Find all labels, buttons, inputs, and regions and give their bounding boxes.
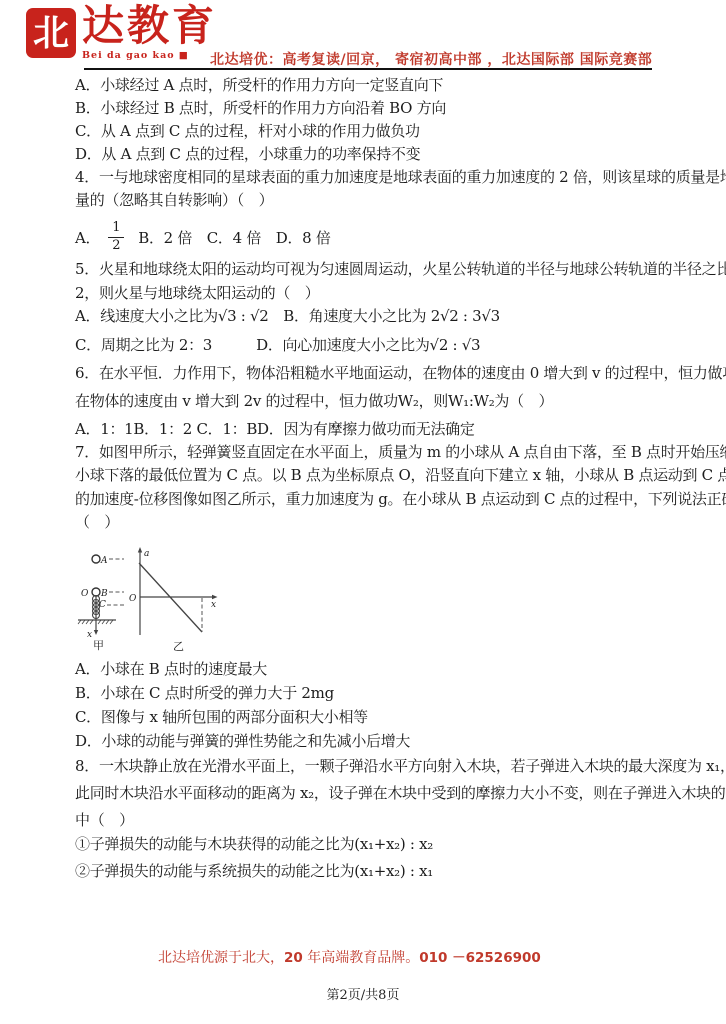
option-label: A．	[75, 227, 100, 248]
header-tagline: 北达培优：高考复读/回京， 寄宿初高中部 ，北达国际部 国际竞赛部	[210, 49, 652, 69]
label-B: B	[100, 589, 108, 599]
question-line: （ ）	[75, 514, 119, 531]
question-line: 小球下落的最低位置为 C 点。以 B 点为坐标原点 O，沿竖直向下建立 x 轴，…	[75, 467, 726, 484]
question-line: 在物体的速度由 v 增大到 2v 的过程中，恒力做功W₂，则W₁:W₂为（ ）	[75, 393, 553, 410]
label-C: C	[99, 600, 106, 610]
options-rest: B．2 倍 C．4 倍 D．8 倍	[138, 227, 330, 248]
ball-at-A	[92, 555, 100, 563]
acceleration-displacement-graph: a x O 乙	[129, 547, 218, 653]
page-number: 第2页/共8页	[0, 984, 726, 1003]
q4-options-line: A． 1 2 B．2 倍 C．4 倍 D．8 倍	[75, 220, 331, 254]
question-line: 量的（忽略其自转影响）（ ）	[75, 192, 273, 209]
option-line: A．1：1B．1：2 C．1：BD．因为有摩擦力做功而无法确定	[75, 421, 475, 438]
question-line: 7．如图甲所示，轻弹簧竖直固定在水平面上，质量为 m 的小球从 A 点自由下落，…	[75, 444, 726, 461]
option-line: A．小球经过 A 点时，所受杆的作用力方向一定竖直向下	[75, 77, 443, 94]
option-line: A．线速度大小之比为√3 : √2 B．角速度大小之比为 2√2 : 3√3	[75, 308, 500, 325]
spring-ball-diagram: A O B C x 甲	[78, 555, 124, 652]
statement-line: ①子弹损失的动能与木块获得的动能之比为(x₁+x₂) : x₂	[75, 836, 433, 853]
caption-jia: 甲	[93, 639, 104, 652]
option-line: C．从 A 点到 C 点的过程，杆对小球的作用力做负功	[75, 123, 420, 140]
label-x-axis-jia: x	[87, 630, 92, 640]
question-line: 此同时木块沿水平面移动的距离为 x₂，设子弹在木块中受到的摩擦力大小不变，则在子…	[75, 785, 726, 802]
question-line: 6．在水平恒．力作用下，物体沿粗糙水平地面运动，在物体的速度由 0 增大到 v …	[75, 365, 726, 382]
ball-at-B	[92, 588, 100, 596]
question-line: 的加速度-位移图像如图乙所示，重力加速度为 g。在小球从 B 点运动到 C 点的…	[75, 491, 726, 508]
question-line: 8．一木块静止放在光滑水平面上，一颗子弹沿水平方向射入木块，若子弹进入木块的最大…	[75, 758, 726, 775]
footer-phone: 010 －62526900	[419, 950, 541, 966]
option-line: D．从 A 点到 C 点的过程，小球重力的功率保持不变	[75, 146, 420, 163]
statement-line: ②子弹损失的动能与系统损失的动能之比为(x₁+x₂) : x₁	[75, 863, 433, 880]
brand-title: 达教育	[82, 2, 217, 50]
option-line: C．周期之比为 2：3 D．向心加速度大小之比为√2 : √3	[75, 337, 480, 354]
fraction-numerator: 1	[108, 221, 124, 238]
footer-text: 年高端教育品牌。	[303, 950, 419, 966]
option-line: D．小球的动能与弹簧的弹性势能之和先减小后增大	[75, 733, 410, 750]
header-divider	[84, 68, 652, 70]
question-line: 5．火星和地球绕太阳的运动均可视为匀速圆周运动，火星公转轨道的半径与地球公转轨道…	[75, 261, 726, 278]
seal-character: 北	[26, 8, 76, 58]
label-origin: O	[129, 594, 137, 604]
beida-seal-logo-icon: 北	[26, 8, 76, 58]
question-line: 2，则火星与地球绕太阳运动的（ ）	[75, 285, 319, 302]
footer-slogan: 北达培优源于北大，20 年高端教育品牌。010 －62526900	[158, 946, 541, 967]
option-line: A．小球在 B 点时的速度最大	[75, 661, 267, 678]
option-line: B．小球在 C 点时所受的弹力大于 2mg	[75, 685, 334, 702]
option-line: C．图像与 x 轴所包围的两部分面积大小相等	[75, 709, 368, 726]
fraction-denominator: 2	[108, 238, 124, 254]
footer-years: 20	[284, 950, 303, 966]
fraction-one-half: 1 2	[108, 221, 124, 254]
caption-yi: 乙	[173, 640, 184, 653]
option-line: B．小球经过 B 点时，所受杆的作用力方向沿着 BO 方向	[75, 100, 446, 117]
label-O: O	[81, 589, 89, 599]
brand-subtitle: Bei da gao kao ■	[82, 50, 189, 61]
label-A: A	[100, 556, 108, 566]
question7-figure: A O B C x 甲	[70, 543, 230, 660]
label-x-axis-yi: x	[211, 600, 216, 610]
label-a-axis: a	[144, 549, 149, 559]
footer-text: 北达培优源于北大，	[158, 950, 284, 966]
question-line: 4．一与地球密度相同的星球表面的重力加速度是地球表面的重力加速度的 2 倍，则该…	[75, 169, 726, 186]
question-line: 中（ ）	[75, 812, 134, 829]
exam-page: 北 达教育 Bei da gao kao ■ 北达培优：高考复读/回京， 寄宿初…	[0, 0, 726, 1024]
